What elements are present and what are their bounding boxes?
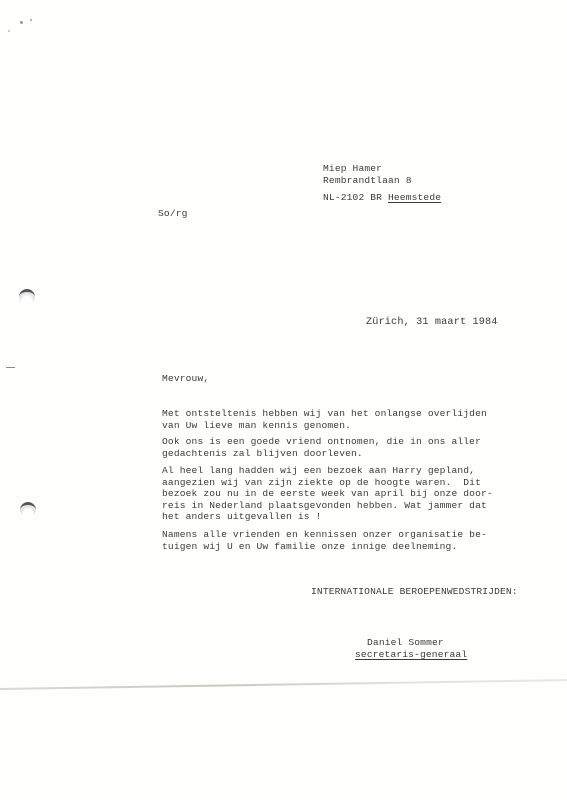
punch-hole-top <box>19 289 35 305</box>
punch-hole-bottom <box>20 502 36 518</box>
paragraph-3: Al heel lang hadden wij een bezoek aan H… <box>162 465 542 523</box>
fold-mark <box>6 367 15 368</box>
salutation: Mevrouw, <box>162 373 209 385</box>
reference-code: So/rg <box>158 208 188 220</box>
paper-specks <box>4 14 44 44</box>
recipient-city: Heemstede <box>388 192 441 203</box>
paragraph-4: Namens alle vrienden en kennissen onzer … <box>162 529 542 552</box>
recipient-street: Rembrandtlaan 8 <box>323 175 412 187</box>
paper-fold-line <box>0 679 567 690</box>
organisation-name: INTERNATIONALE BEROEPENWEDSTRIJDEN: <box>311 586 518 598</box>
signatory-name: Daniel Sommer <box>367 637 444 649</box>
paragraph-2: Ook ons is een goede vriend ontnomen, di… <box>162 436 542 459</box>
letter-page: Miep Hamer Rembrandtlaan 8 NL-2102 BR He… <box>0 0 567 800</box>
recipient-name: Miep Hamer <box>323 163 382 175</box>
recipient-postal-city: NL-2102 BR Heemstede <box>323 192 441 204</box>
recipient-postal-code: NL-2102 BR <box>323 192 388 203</box>
paragraph-1: Met ontsteltenis hebben wij van het onla… <box>162 408 542 431</box>
place-date: Zürich, 31 maart 1984 <box>366 317 498 329</box>
signatory-title: secretaris-generaal <box>355 649 467 661</box>
